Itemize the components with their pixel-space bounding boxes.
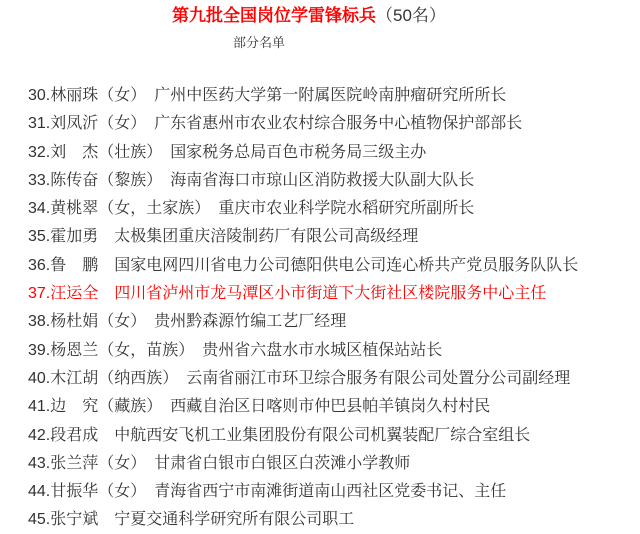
list-item: 42.段君成 中航西安飞机工业集团股份有限公司机翼装配厂综合室组长 — [28, 422, 578, 450]
list-item: 45.张宁斌 宁夏交通科学研究所有限公司职工 — [28, 506, 578, 534]
list-item: 39.杨恩兰（女，苗族） 贵州省六盘水市水城区植保站站长 — [28, 337, 578, 365]
list-item: 41.边 究（藏族） 西藏自治区日喀则市仲巴县帕羊镇岗久村村民 — [28, 393, 578, 421]
list-item: 30.林丽珠（女） 广州中医药大学第一附属医院岭南肿瘤研究所所长 — [28, 82, 578, 110]
name-list: 30.林丽珠（女） 广州中医药大学第一附属医院岭南肿瘤研究所所长 31.刘凤沂（… — [28, 82, 578, 534]
document-title: 第九批全国岗位学雷锋标兵（50名） — [172, 6, 446, 26]
list-item: 38.杨杜娟（女） 贵州黔森源竹编工艺厂经理 — [28, 308, 578, 336]
list-item: 36.鲁 鹏 国家电网四川省电力公司德阳供电公司连心桥共产党员服务队队长 — [28, 252, 578, 280]
list-item: 33.陈传奋（黎族） 海南省海口市琼山区消防救援大队副大队长 — [28, 167, 578, 195]
list-item: 32.刘 杰（壮族） 国家税务总局百色市税务局三级主办 — [28, 139, 578, 167]
list-item: 31.刘凤沂（女） 广东省惠州市农业农村综合服务中心植物保护部部长 — [28, 110, 578, 138]
list-item: 43.张兰萍（女） 甘肃省白银市白银区白茨滩小学教师 — [28, 450, 578, 478]
document-title-main: 第九批全国岗位学雷锋标兵 — [172, 6, 376, 25]
document-title-count: （50名） — [376, 6, 446, 25]
list-item: 44.甘振华（女） 青海省西宁市南滩街道南山西社区党委书记、主任 — [28, 478, 578, 506]
document-subtitle: 部分名单 — [233, 34, 285, 52]
list-item: 35.霍加勇 太极集团重庆涪陵制药厂有限公司高级经理 — [28, 223, 578, 251]
list-item: 40.木江胡（纳西族） 云南省丽江市环卫综合服务有限公司处置分公司副经理 — [28, 365, 578, 393]
list-item-highlighted: 37.汪运全 四川省泸州市龙马潭区小市街道下大街社区楼院服务中心主任 — [28, 280, 578, 308]
list-item: 34.黄桃翠（女，土家族） 重庆市农业科学院水稻研究所副所长 — [28, 195, 578, 223]
